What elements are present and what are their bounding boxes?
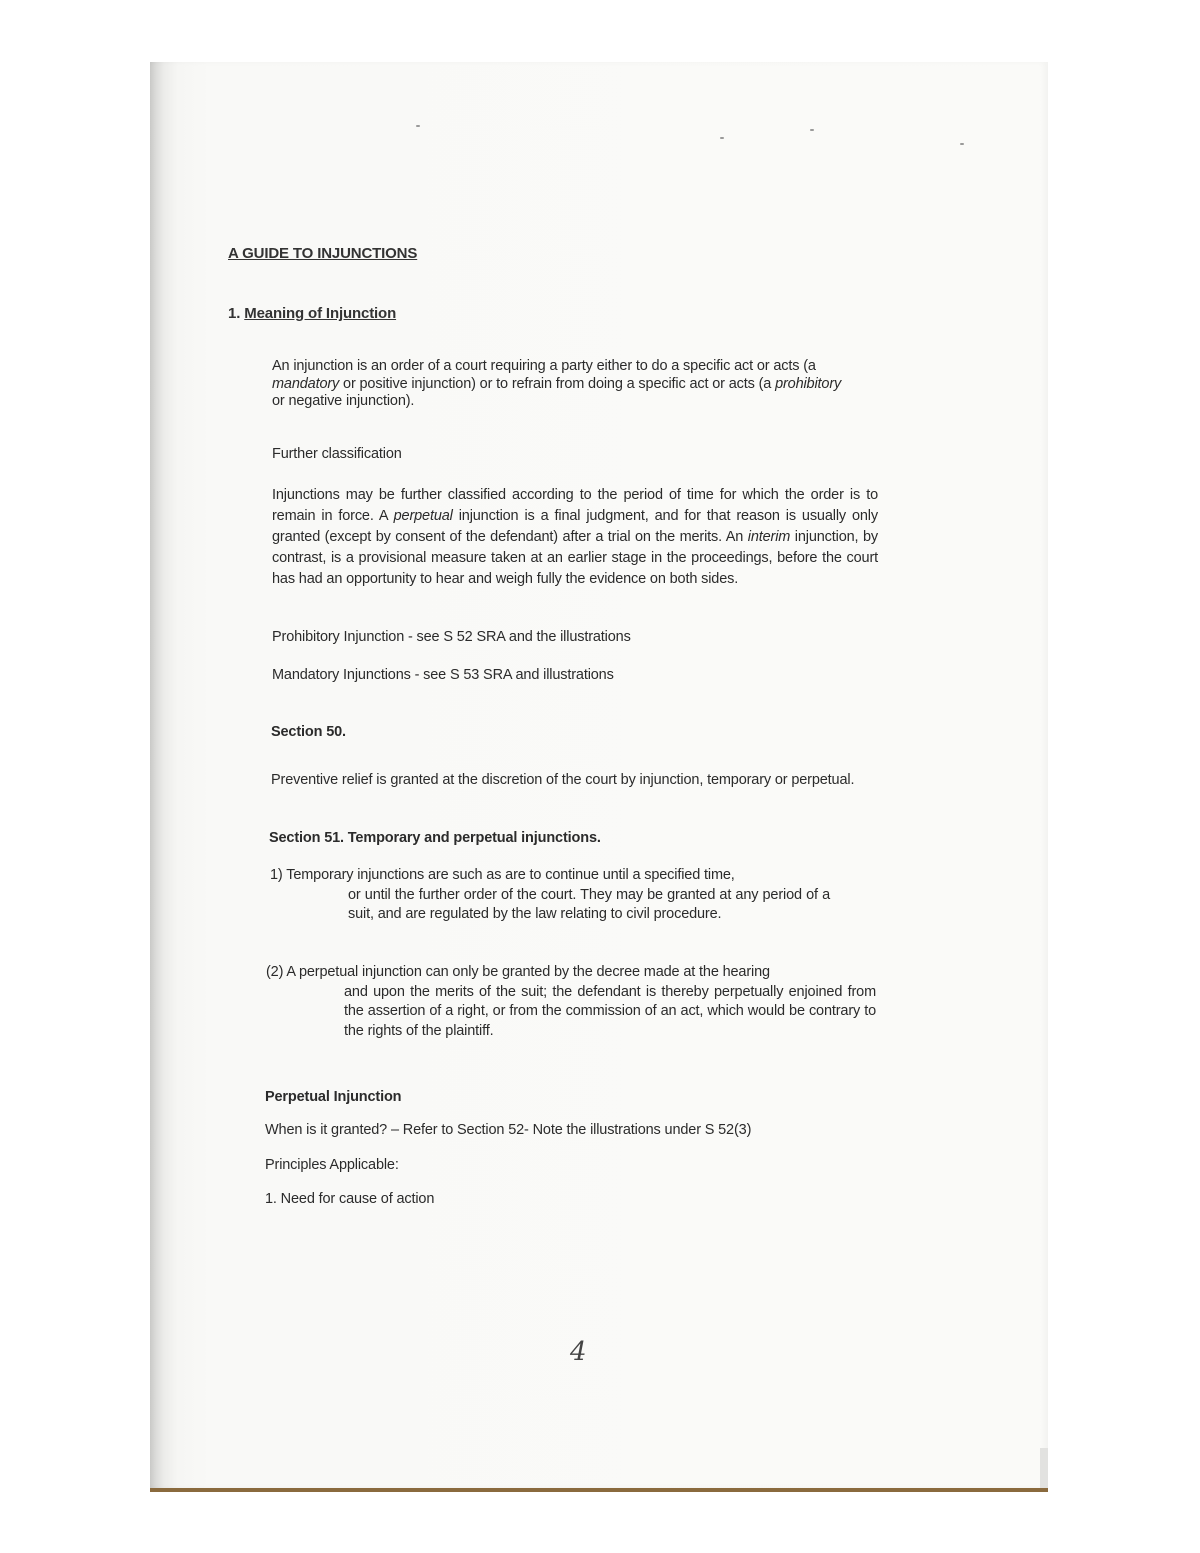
list-item-continuation: or until the further order of the court.… xyxy=(270,886,830,925)
emphasis-perpetual: perpetual xyxy=(394,508,453,524)
definition-text: An injunction is an order of a court req… xyxy=(272,358,816,374)
list-marker: (2) xyxy=(266,964,283,980)
principle-item: 1. Need for cause of action xyxy=(265,1191,434,1207)
scan-speck xyxy=(416,125,420,127)
definition-paragraph: An injunction is an order of a court req… xyxy=(272,358,857,411)
definition-text: or negative injunction). xyxy=(272,393,414,409)
section-50-heading: Section 50. xyxy=(271,724,346,740)
list-text: Temporary injunctions are such as are to… xyxy=(286,867,734,883)
emphasis-interim: interim xyxy=(748,529,790,545)
definition-text: or positive injunction) or to refrain fr… xyxy=(339,376,775,392)
section-50-text: Preventive relief is granted at the disc… xyxy=(271,772,877,790)
section-51-heading: Section 51. Temporary and perpetual inju… xyxy=(269,830,601,846)
mandatory-reference: Mandatory Injunctions - see S 53 SRA and… xyxy=(272,667,614,683)
classification-paragraph: Injunctions may be further classified ac… xyxy=(272,485,878,590)
section-heading-text: Meaning of Injunction xyxy=(244,305,396,322)
section-heading-meaning: 1. Meaning of Injunction xyxy=(228,305,396,322)
page-number: 4 xyxy=(570,1337,586,1367)
scan-speck xyxy=(960,143,964,145)
section-51-item-2: (2) A perpetual injunction can only be g… xyxy=(266,963,876,1041)
section-number: 1. xyxy=(228,305,240,322)
list-item-first-line: 1) Temporary injunctions are such as are… xyxy=(270,867,735,883)
perpetual-injunction-heading: Perpetual Injunction xyxy=(265,1089,401,1105)
emphasis-mandatory: mandatory xyxy=(272,376,339,392)
scan-speck xyxy=(720,137,724,139)
document-body: A GUIDE TO INJUNCTIONS 1. Meaning of Inj… xyxy=(0,0,1200,1553)
list-marker: 1) xyxy=(270,867,283,883)
section-51-item-1: 1) Temporary injunctions are such as are… xyxy=(270,866,830,925)
scan-speck xyxy=(810,129,814,131)
list-item-continuation: and upon the merits of the suit; the def… xyxy=(266,983,876,1042)
when-granted-text: When is it granted? – Refer to Section 5… xyxy=(265,1122,751,1138)
principles-label: Principles Applicable: xyxy=(265,1157,399,1173)
document-title: A GUIDE TO INJUNCTIONS xyxy=(228,245,417,262)
emphasis-prohibitory: prohibitory xyxy=(775,376,841,392)
list-item-first-line: (2) A perpetual injunction can only be g… xyxy=(266,964,770,980)
list-text: A perpetual injunction can only be grant… xyxy=(286,964,770,980)
further-classification-label: Further classification xyxy=(272,446,402,462)
prohibitory-reference: Prohibitory Injunction - see S 52 SRA an… xyxy=(272,629,631,645)
